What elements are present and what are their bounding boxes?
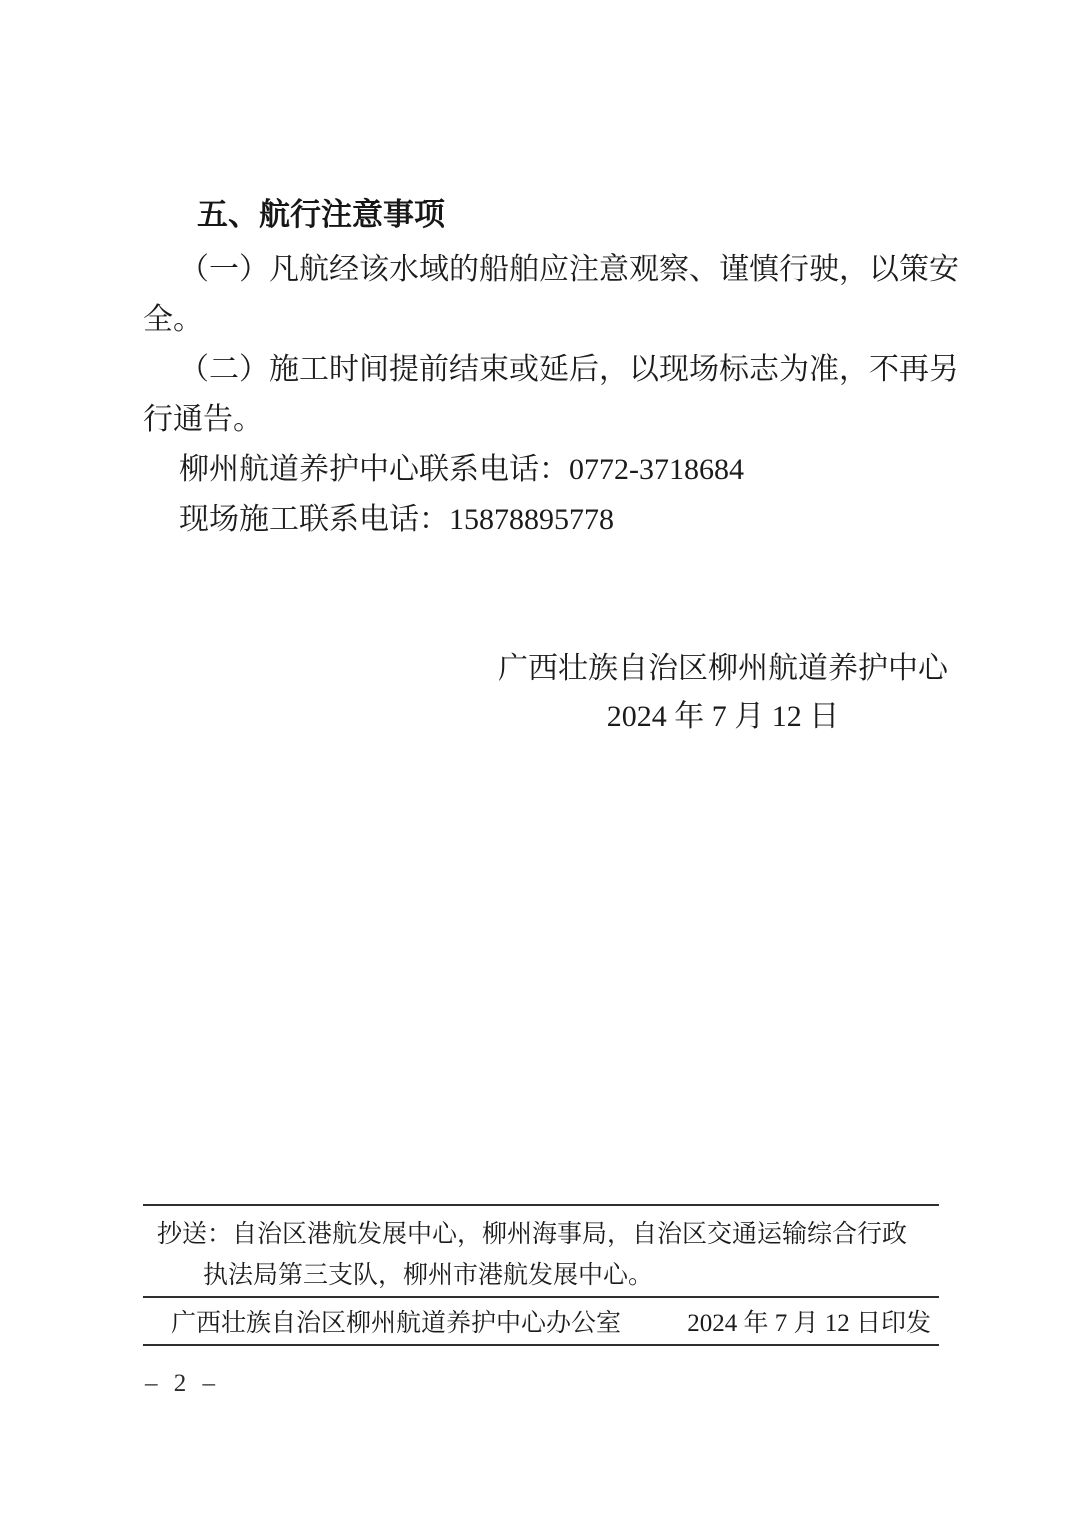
signature-block: 广西壮族自治区柳州航道养护中心 2024 年 7 月 12 日 [143,645,958,741]
para1-line1: （一）凡航经该水域的船舶应注意观察、谨慎行驶，以策安 [143,245,958,295]
signature-date: 2024 年 7 月 12 日 [498,693,948,741]
notice-body: 五、航行注意事项 （一）凡航经该水域的船舶应注意观察、谨慎行驶，以策安 全。 （… [143,190,958,545]
divider-bottom [143,1344,939,1346]
page-number: – 2 – [145,1366,220,1402]
issuer-row: 广西壮族自治区柳州航道养护中心办公室 2024 年 7 月 12 日印发 [143,1298,939,1344]
document-page: 五、航行注意事项 （一）凡航经该水域的船舶应注意观察、谨慎行驶，以策安 全。 （… [0,0,1080,1528]
para1-line2: 全。 [143,295,958,345]
cc-recipients-line2: 执法局第三支队，柳州市港航发展中心。 [157,1255,939,1296]
contact-phone-center: 柳州航道养护中心联系电话：0772-3718684 [143,445,958,495]
para2-line2: 行通告。 [143,395,958,445]
document-footer: 抄送：自治区港航发展中心，柳州海事局，自治区交通运输综合行政 执法局第三支队，柳… [143,1204,939,1346]
issuer-office: 广西壮族自治区柳州航道养护中心办公室 [171,1303,621,1339]
cc-block: 抄送：自治区港航发展中心，柳州海事局，自治区交通运输综合行政 执法局第三支队，柳… [143,1206,939,1296]
section-heading: 五、航行注意事项 [143,190,958,240]
para2-line1: （二）施工时间提前结束或延后，以现场标志为准，不再另 [143,345,958,395]
contact-phone-site: 现场施工联系电话：15878895778 [143,495,958,545]
signature-organization: 广西壮族自治区柳州航道养护中心 [498,645,948,693]
signature-inner: 广西壮族自治区柳州航道养护中心 2024 年 7 月 12 日 [498,645,948,741]
print-date: 2024 年 7 月 12 日印发 [687,1303,931,1339]
cc-recipients-line1: 抄送：自治区港航发展中心，柳州海事局，自治区交通运输综合行政 [157,1214,939,1255]
